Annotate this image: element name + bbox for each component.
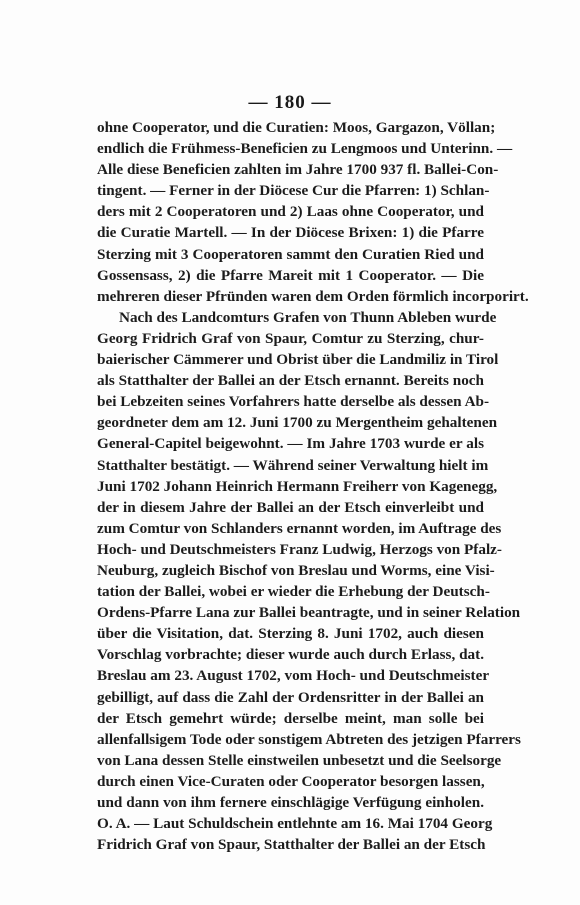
text-line: Alle diese Beneficien zahlten im Jahre 1… [97, 159, 484, 180]
text-line: mehreren dieser Pfründen waren dem Orden… [97, 286, 484, 307]
text-line: Breslau am 23. August 1702, vom Hoch- un… [97, 665, 484, 686]
text-line: Neuburg, zugleich Bischof von Breslau un… [97, 560, 484, 581]
paragraph-start-line: Nach des Landcomturs Grafen von Thunn Ab… [97, 307, 484, 328]
text-line: Georg Fridrich Graf von Spaur, Comtur zu… [97, 328, 484, 349]
text-line: baierischer Cämmerer und Obrist über die… [97, 349, 484, 370]
body-text: ohne Cooperator, und die Curatien: Moos,… [97, 117, 484, 855]
text-line: Ordens-Pfarre Lana zur Ballei beantragte… [97, 602, 484, 623]
text-line: zum Comtur von Schlanders ernannt worden… [97, 518, 484, 539]
text-line: gebilligt, auf dass die Zahl der Ordensr… [97, 687, 484, 708]
text-line: General-Capitel beigewohnt. — Im Jahre 1… [97, 433, 484, 454]
text-line: endlich die Frühmess-Beneficien zu Lengm… [97, 138, 484, 159]
text-line: geordneter dem am 12. Juni 1700 zu Merge… [97, 412, 484, 433]
text-line: Gossensass, 2) die Pfarre Mareit mit 1 C… [97, 265, 484, 286]
text-line: Statthalter bestätigt. — Während seiner … [97, 455, 484, 476]
text-line: von Lana dessen Stelle einstweilen unbes… [97, 750, 484, 771]
text-line: Fridrich Graf von Spaur, Statthalter der… [97, 834, 484, 855]
text-line: als Statthalter der Ballei an der Etsch … [97, 370, 484, 391]
text-line: Sterzing mit 3 Cooperatoren sammt den Cu… [97, 244, 484, 265]
text-line: der in diesem Jahre der Ballei an der Et… [97, 497, 484, 518]
text-line: durch einen Vice-Curaten oder Cooperator… [97, 771, 484, 792]
text-line: allenfallsigem Tode oder sonstigem Abtre… [97, 729, 484, 750]
text-line: Hoch- und Deutschmeisters Franz Ludwig, … [97, 539, 484, 560]
text-line: bei Lebzeiten seines Vorfahrers hatte de… [97, 391, 484, 412]
text-line: ders mit 2 Cooperatoren und 2) Laas ohne… [97, 201, 484, 222]
book-page: — 180 — ohne Cooperator, und die Curatie… [0, 0, 580, 905]
text-line: die Curatie Martell. — In der Diöcese Br… [97, 222, 484, 243]
text-line: Juni 1702 Johann Heinrich Hermann Freihe… [97, 476, 484, 497]
text-line: tation der Ballei, wobei er wieder die E… [97, 581, 484, 602]
text-line: Vorschlag vorbrachte; dieser wurde auch … [97, 644, 484, 665]
text-line: ohne Cooperator, und die Curatien: Moos,… [97, 117, 484, 138]
text-line: über die Visitation, dat. Sterzing 8. Ju… [97, 623, 484, 644]
page-number: — 180 — [0, 92, 580, 114]
text-line: tingent. — Ferner in der Diöcese Cur die… [97, 180, 484, 201]
text-line: und dann von ihm fernere einschlägige Ve… [97, 792, 484, 813]
text-line: der Etsch gemehrt würde; derselbe meint,… [97, 708, 484, 729]
text-line: O. A. — Laut Schuldschein entlehnte am 1… [97, 813, 484, 834]
